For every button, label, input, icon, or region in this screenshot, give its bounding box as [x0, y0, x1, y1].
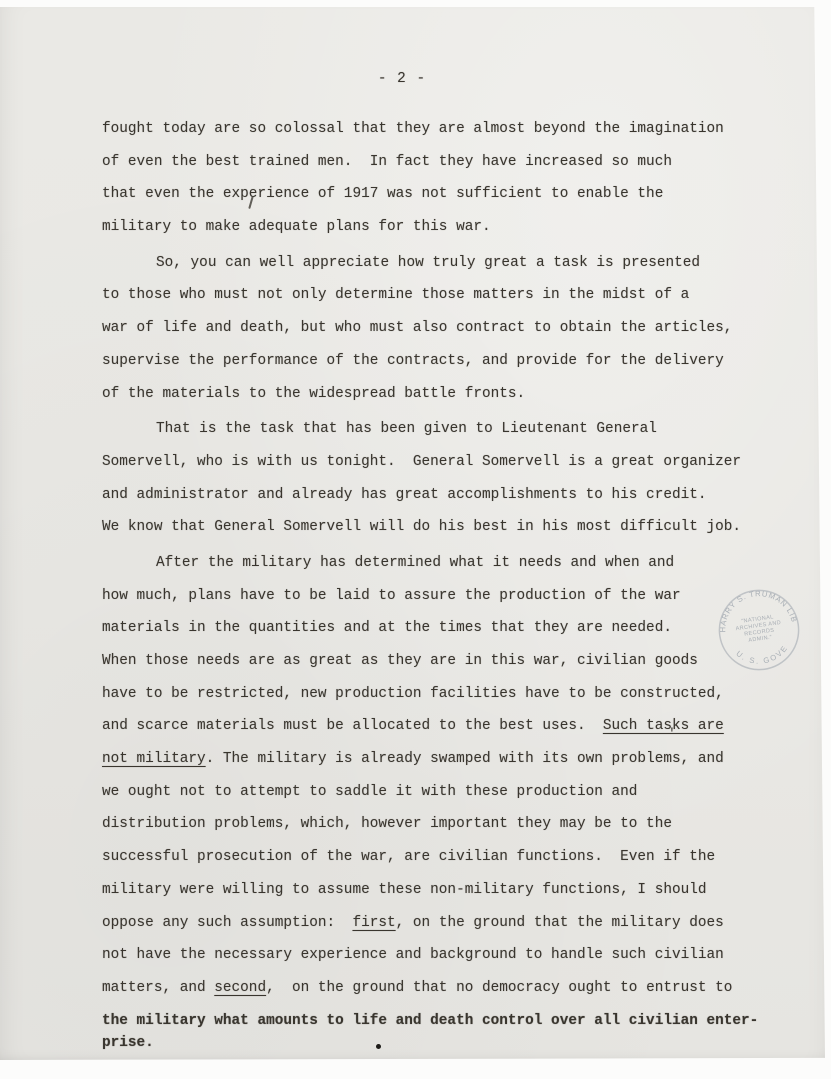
text-segment: of even the best trained men. In fact th… — [102, 154, 672, 170]
document-line: matters, and second, on the ground that … — [102, 972, 792, 1005]
document-line: fought today are so colossal that they a… — [102, 113, 792, 146]
document-line: Somervell, who is with us tonight. Gener… — [102, 446, 792, 479]
document-line: oppose any such assumption: first, on th… — [102, 907, 792, 940]
ink-dot-mark — [376, 1044, 381, 1049]
text-segment: the military what amounts to life and de… — [102, 1013, 758, 1029]
document-line: of the materials to the widespread battl… — [102, 378, 792, 411]
page-number: - 2 - — [102, 71, 702, 87]
text-segment: war of life and death, but who must also… — [102, 320, 732, 336]
underlined-text: Such tasks are — [603, 718, 724, 734]
document-line: to those who must not only determine tho… — [102, 279, 792, 312]
text-segment: fought today are so colossal that they a… — [102, 121, 724, 137]
document-line: and scarce materials must be allocated t… — [102, 710, 792, 743]
document-line: After the military has determined what i… — [102, 547, 792, 580]
document-line: not military. The military is already sw… — [102, 743, 792, 776]
document-line: We know that General Somervell will do h… — [102, 511, 792, 544]
text-segment: of the materials to the widespread battl… — [102, 386, 525, 402]
text-segment: not have the necessary experience and ba… — [102, 947, 724, 963]
text-segment: and administrator and already has great … — [102, 487, 707, 503]
document-line: we ought not to attempt to saddle it wit… — [102, 776, 792, 809]
document-line: So, you can well appreciate how truly gr… — [102, 247, 792, 280]
text-segment: supervise the performance of the contrac… — [102, 353, 724, 369]
document-line: supervise the performance of the contrac… — [102, 345, 792, 378]
text-segment: how much, plans have to be laid to assur… — [102, 588, 681, 604]
text-segment: military to make adequate plans for this… — [102, 219, 491, 235]
document-line: military were willing to assume these no… — [102, 874, 792, 907]
text-segment: and scarce materials must be allocated t… — [102, 718, 603, 734]
document-line: materials in the quantities and at the t… — [102, 612, 792, 645]
paragraph: After the military has determined what i… — [102, 547, 792, 1060]
text-segment: , on the ground that no democracy ought … — [266, 980, 732, 996]
text-segment: After the military has determined what i… — [156, 555, 674, 571]
text-segment: That is the task that has been given to … — [156, 421, 657, 437]
stray-apostrophe-mark: ' — [668, 727, 676, 740]
text-segment: distribution problems, which, however im… — [102, 816, 672, 832]
document-line: That is the task that has been given to … — [102, 413, 792, 446]
text-segment: So, you can well appreciate how truly gr… — [156, 255, 700, 271]
text-segment: military were willing to assume these no… — [102, 882, 707, 898]
text-segment: that even the experience of 1917 was not… — [102, 186, 663, 202]
document-line: that even the experience of 1917 was not… — [102, 178, 792, 211]
document-line: of even the best trained men. In fact th… — [102, 146, 792, 179]
document-line: war of life and death, but who must also… — [102, 312, 792, 345]
text-segment: Somervell, who is with us tonight. Gener… — [102, 454, 741, 470]
document-line: successful prosecution of the war, are c… — [102, 841, 792, 874]
archive-stamp: HARRY S. TRUMAN LIB U. S. GOVE “NATIONAL… — [715, 586, 803, 674]
text-segment: successful prosecution of the war, are c… — [102, 849, 715, 865]
text-segment: prise. — [102, 1035, 154, 1051]
scan-background: - 2 - fought today are so colossal that … — [0, 0, 831, 1079]
document-text: fought today are so colossal that they a… — [102, 113, 792, 1060]
text-segment: We know that General Somervell will do h… — [102, 519, 741, 535]
paragraph: That is the task that has been given to … — [102, 413, 792, 544]
text-segment: to those who must not only determine tho… — [102, 287, 689, 303]
text-segment: , on the ground that the military does — [396, 915, 724, 931]
underlined-text: not military — [102, 751, 206, 767]
text-segment: When those needs are as great as they ar… — [102, 653, 698, 669]
text-segment: . The military is already swamped with i… — [206, 751, 724, 767]
text-segment: oppose any such assumption: — [102, 915, 352, 931]
document-line: and administrator and already has great … — [102, 479, 792, 512]
document-line: have to be restricted, new production fa… — [102, 678, 792, 711]
paragraph: So, you can well appreciate how truly gr… — [102, 247, 792, 410]
paper: - 2 - fought today are so colossal that … — [0, 7, 825, 1060]
text-segment: we ought not to attempt to saddle it wit… — [102, 784, 637, 800]
document-line: distribution problems, which, however im… — [102, 808, 792, 841]
underlined-text: second — [214, 980, 266, 996]
text-segment: have to be restricted, new production fa… — [102, 686, 724, 702]
document-line: not have the necessary experience and ba… — [102, 939, 792, 972]
document-line: military to make adequate plans for this… — [102, 211, 792, 244]
document-line: how much, plans have to be laid to assur… — [102, 580, 792, 613]
text-segment: materials in the quantities and at the t… — [102, 620, 672, 636]
document-line: When those needs are as great as they ar… — [102, 645, 792, 678]
document-line: the military what amounts to life and de… — [102, 1005, 792, 1038]
underlined-text: first — [352, 915, 395, 931]
text-segment: matters, and — [102, 980, 214, 996]
paragraph: fought today are so colossal that they a… — [102, 113, 792, 244]
